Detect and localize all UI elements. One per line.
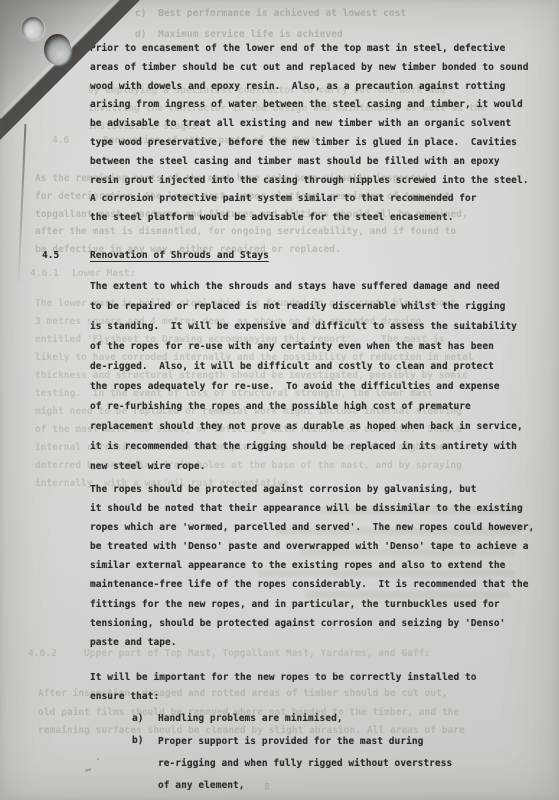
text-line: de-rigged. Also, it will be difficult an… — [90, 357, 523, 377]
text-line: arising from ingress of water between th… — [90, 96, 528, 115]
text-line: wood with dowels and epoxy resin. Also, … — [90, 78, 528, 97]
text-line: be advisable to treat all existing and n… — [90, 115, 528, 134]
text-line: new steel wire rope. — [90, 457, 523, 477]
text-line: the steel platform would be advisable fo… — [90, 209, 528, 228]
list-item-b: Proper support is provided for the mast … — [158, 731, 452, 796]
text-line: fittings for the new ropes, and in parti… — [90, 595, 534, 614]
ghost-list-items: c) Best performance is achieved at lowes… — [135, 3, 406, 45]
text-line: c) Best performance is achieved at lowes… — [135, 3, 406, 24]
text-line: it is recommended that the rigging shoul… — [90, 437, 523, 457]
ghost-subsection2-number: 4.6.2 — [28, 647, 57, 660]
list-item-a: Handling problems are minimised, — [158, 712, 343, 725]
paragraph-ropes-protection: The ropes should be protected against co… — [90, 480, 534, 652]
text-line: the ropes adequately for re-use. To avoi… — [90, 377, 523, 397]
section-title: Renovation of Shrouds and Stays — [90, 249, 269, 262]
document-page: c) Best performance is achieved at lowes… — [0, 0, 559, 800]
text-line: ensure that: — [90, 687, 477, 706]
text-line: It will be important for the new ropes t… — [90, 668, 477, 687]
text-line: paste and tape. — [90, 633, 534, 652]
text-line: areas of timber should be cut out and re… — [90, 59, 528, 78]
text-line: re-rigging and when fully rigged without… — [158, 753, 452, 775]
paragraph-shrouds-extent: The extent to which the shrouds and stay… — [90, 277, 523, 477]
text-line: maintenance-free life of the ropes consi… — [90, 575, 534, 594]
text-line: is standing. It will be expensive and di… — [90, 317, 523, 337]
stray-mark — [85, 768, 91, 771]
text-line: tensioning, should be protected against … — [90, 614, 534, 633]
text-line: to be repaired or replaced is not readil… — [90, 297, 523, 317]
text-line: of any element, — [158, 775, 452, 797]
text-line: Prior to encasement of the lower end of … — [90, 40, 528, 59]
text-line: The ropes should be protected against co… — [90, 480, 534, 499]
text-line: Proper support is provided for the mast … — [158, 731, 452, 753]
list-marker-b: b) — [132, 734, 144, 747]
ghost-subsection-number: 4.6.1 — [30, 267, 59, 280]
text-line: similar external appearance to the exist… — [90, 556, 534, 575]
punch-hole — [22, 17, 44, 40]
text-line: of re-furbishing the ropes and the possi… — [90, 397, 523, 417]
text-line: The extent to which the shrouds and stay… — [90, 277, 523, 297]
text-line: resin grout injected into the casing thr… — [90, 172, 528, 191]
section-number: 4.5 — [42, 249, 59, 262]
list-marker-a: a) — [132, 712, 144, 725]
text-line: replacement should they not prove as dur… — [90, 417, 523, 437]
stray-mark — [97, 758, 99, 760]
text-line: of the ropes for re-use with any certain… — [90, 337, 523, 357]
paragraph-installation: It will be important for the new ropes t… — [90, 668, 477, 706]
ghost-section-number: 4.6 — [52, 134, 69, 147]
text-line: between the steel casing and timber mast… — [90, 153, 528, 172]
paragraph-encasement: Prior to encasement of the lower end of … — [90, 40, 528, 228]
punch-hole — [44, 34, 71, 65]
text-line: be treated with 'Denso' paste and overwr… — [90, 537, 534, 556]
text-line: ropes which are 'wormed, parcelled and s… — [90, 518, 534, 537]
text-line: A corrosion protective paint system simi… — [90, 190, 528, 209]
text-line: it should be noted that their appearance… — [90, 499, 534, 518]
text-line: type wood preservative, before the new t… — [90, 134, 528, 153]
crease-line — [18, 124, 26, 282]
